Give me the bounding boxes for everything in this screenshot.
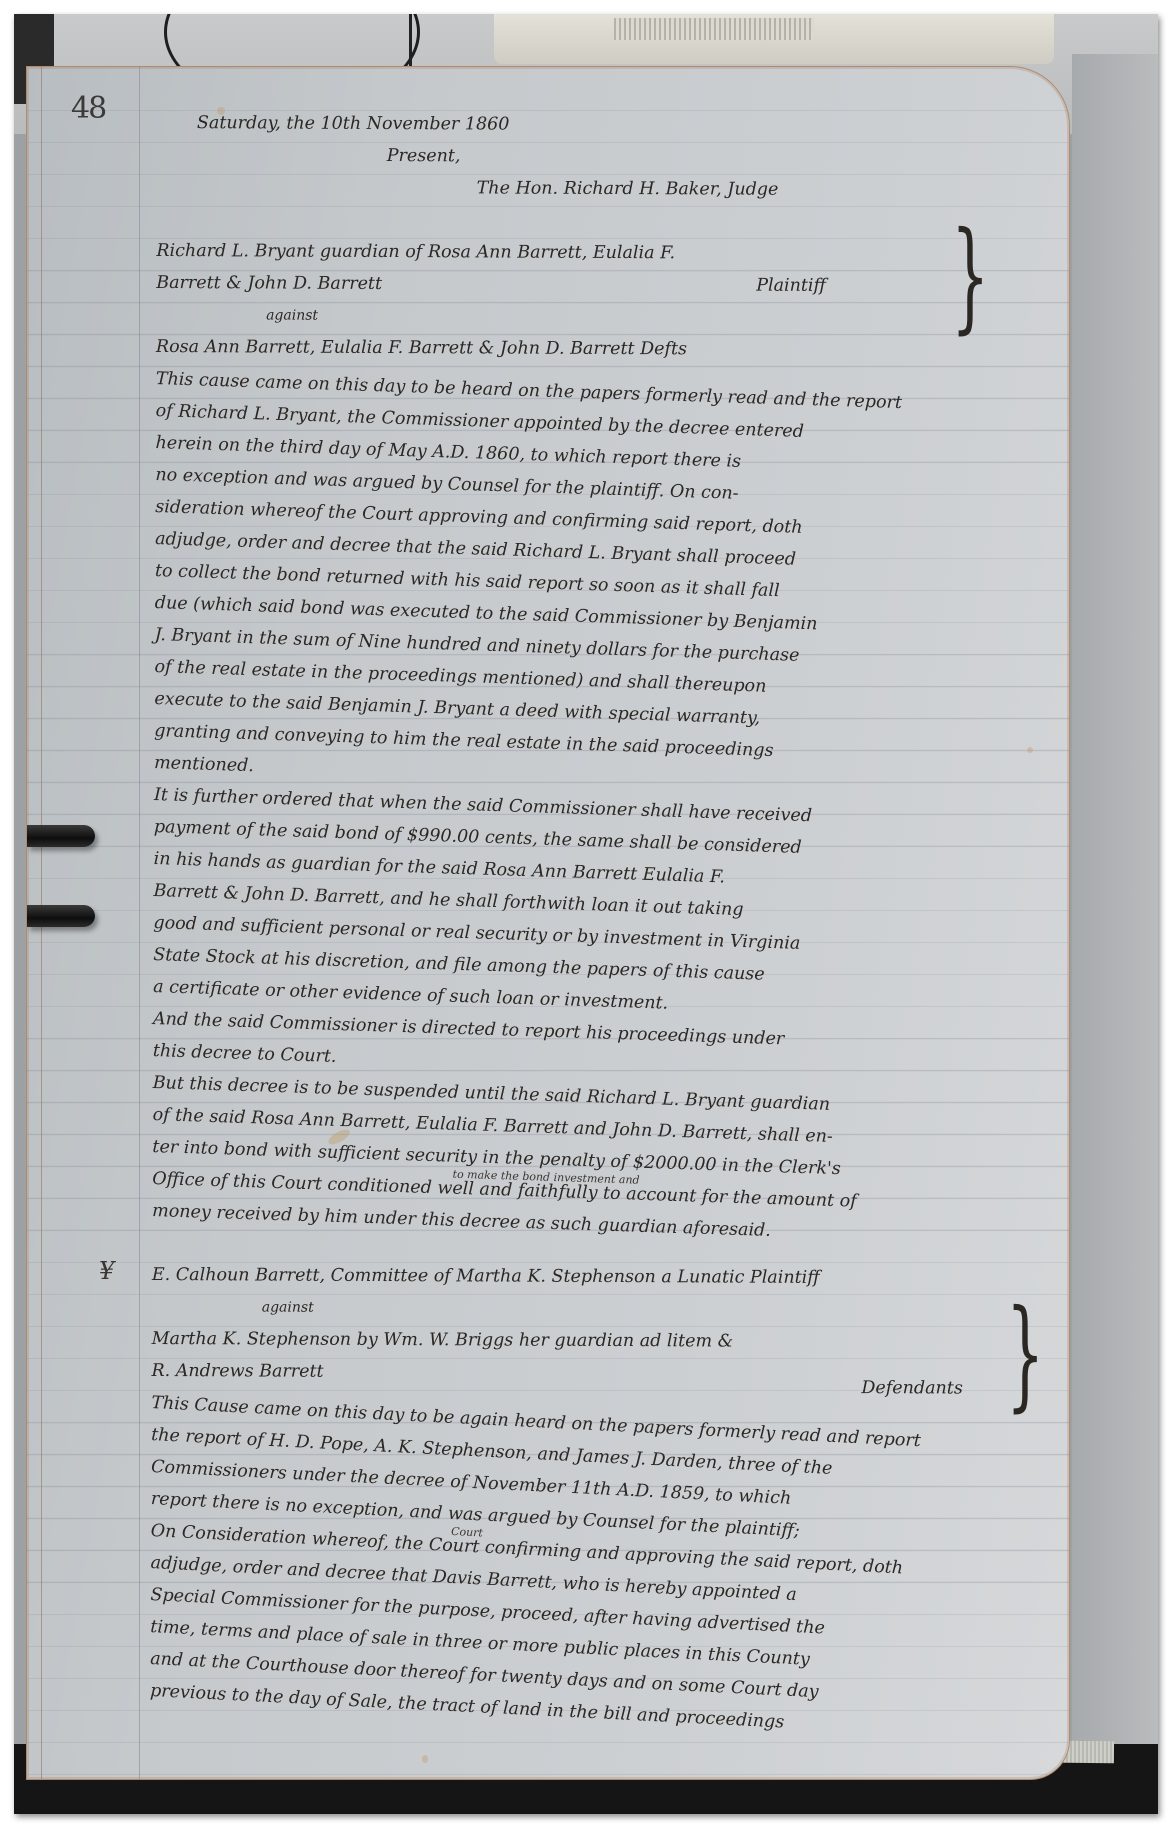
cable (409, 14, 412, 74)
against-label: against (156, 299, 1036, 335)
scanned-photo: 48 ¥ } } Saturday, the 10th November 186… (14, 14, 1158, 1814)
binder-ring-icon (27, 905, 95, 927)
paper-stain (422, 1755, 428, 1763)
underlying-page (1072, 54, 1158, 1774)
defendants-label: Defendants (861, 1372, 963, 1404)
case2-plaintiff: E. Calhoun Barrett, Committee of Martha … (152, 1259, 1032, 1295)
case2-defendants: R. Andrews Barrett Defendants (151, 1355, 1031, 1391)
case1-plaintiff: Barrett & John D. Barrett Plaintiff (156, 267, 1036, 303)
session-date: Saturday, the 10th November 1860 (157, 107, 1037, 143)
handwritten-entries: Saturday, the 10th November 1860 Present… (150, 107, 1037, 1711)
interlineation: to make the bond investment and (452, 1159, 640, 1197)
page-number: 48 (71, 91, 105, 126)
case1-defendants: Rosa Ann Barrett, Eulalia F. Barrett & J… (156, 331, 1036, 367)
margin-mark: ¥ (99, 1257, 114, 1285)
against-label: against (152, 1291, 1032, 1327)
ledger-page: 48 ¥ } } Saturday, the 10th November 186… (26, 66, 1070, 1780)
case2-defendants: Martha K. Stephenson by Wm. W. Briggs he… (152, 1323, 1032, 1359)
case1-plaintiff-cont: Barrett & John D. Barrett (156, 273, 382, 294)
plaintiff-label: Plaintiff (756, 270, 826, 302)
binder-ring-icon (27, 825, 95, 847)
present-label: Present, (157, 139, 1037, 175)
judge-line: The Hon. Richard H. Baker, Judge (157, 171, 1037, 207)
interlineation: Court (450, 1516, 483, 1550)
case2-defendants-cont: R. Andrews Barrett (151, 1361, 323, 1382)
case1-plaintiff: Richard L. Bryant guardian of Rosa Ann B… (156, 235, 1036, 271)
margin-rule (139, 67, 140, 1779)
device-grill (614, 18, 814, 40)
